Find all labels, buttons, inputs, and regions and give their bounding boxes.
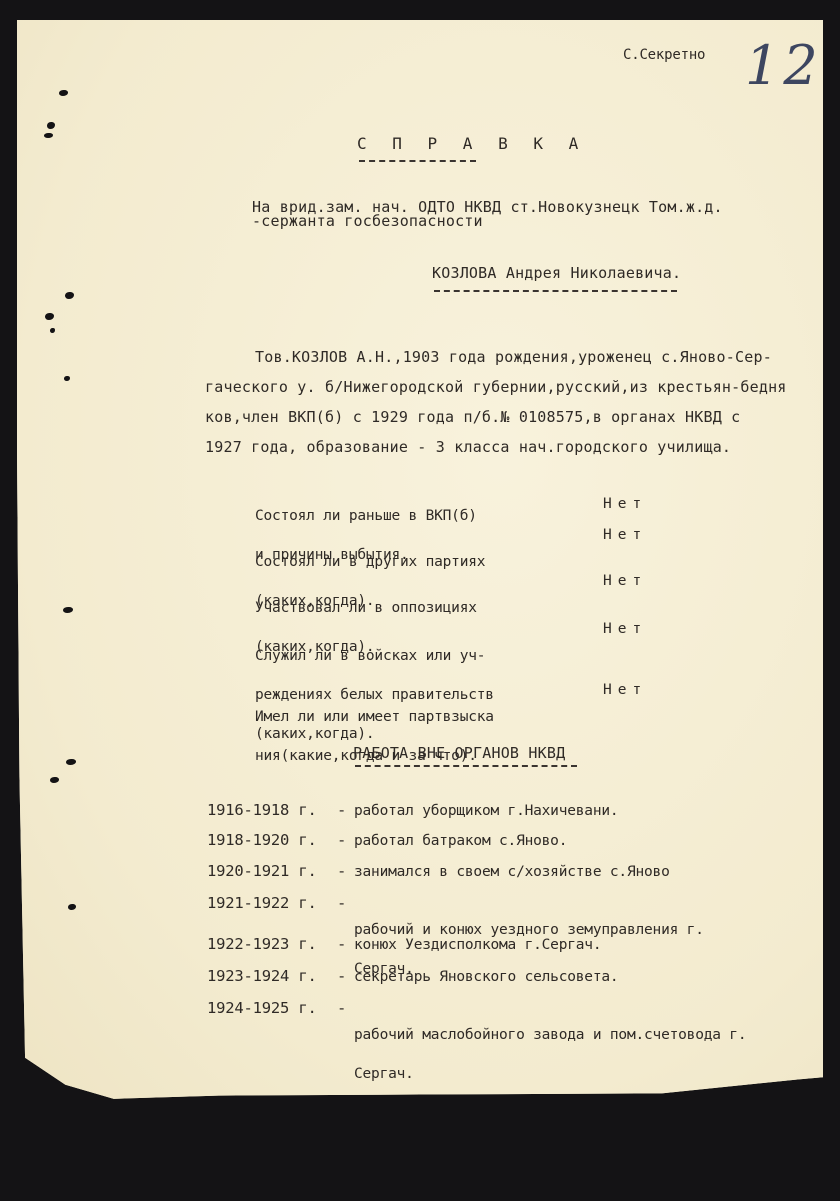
answer-2: Нет [603, 528, 647, 543]
work-period: 1922-1923 г. [207, 937, 317, 952]
work-dash: - [337, 896, 346, 911]
question-text: Имел ли или имеет партвзыска [255, 711, 494, 724]
work-description: занимался в своем с/хозяйстве с.Яново [354, 866, 670, 879]
work-description: работал уборщиком г.Нахичевани. [354, 805, 618, 818]
binding-hole [38, 1089, 46, 1095]
bio-line-1: Тов.КОЗЛОВ А.Н.,1903 года рождения,уроже… [255, 350, 772, 365]
work-description: конюх Уездисполкома г.Сергач. [354, 939, 601, 952]
work-section-underline [355, 765, 577, 767]
work-description-line: рабочий маслобойного завода и пом.счетов… [354, 1029, 746, 1042]
work-description: секретарь Яновского сельсовета. [354, 971, 618, 984]
work-description: рабочий маслобойного завода и пом.счетов… [354, 1003, 746, 1107]
work-period: 1916-1918 г. [207, 803, 317, 818]
page-title: С П Р А В К А [357, 136, 586, 151]
work-dash: - [337, 937, 346, 952]
binding-hole [63, 607, 73, 613]
classification-label: С.Секретно [623, 48, 705, 63]
folio-number: 12 [745, 34, 822, 97]
binding-hole [66, 759, 76, 765]
work-period: 1923-1924 г. [207, 969, 317, 984]
work-period: 1924-1925 г. [207, 1001, 317, 1016]
binding-hole [47, 122, 55, 129]
question-text: Служил ли в войсках или уч- [255, 650, 494, 663]
work-dash: - [337, 864, 346, 879]
binding-hole [65, 292, 74, 299]
answer-3: Нет [603, 574, 647, 589]
work-dash: - [337, 1001, 346, 1016]
binding-hole [64, 376, 70, 381]
question-5: Имел ли или имеет партвзыска ния(какие,к… [255, 685, 494, 789]
work-dash: - [337, 803, 346, 818]
binding-hole [45, 313, 54, 320]
question-text: Состоял ли раньше в ВКП(б) [255, 510, 477, 523]
work-period: 1921-1922 г. [207, 896, 317, 911]
bio-line-3: ков,член ВКП(б) с 1929 года п/б.№ 010857… [205, 410, 740, 425]
work-period: 1920-1921 г. [207, 864, 317, 879]
bio-line-4: 1927 года, образование - 3 класса нач.го… [205, 440, 731, 455]
binding-hole [50, 328, 55, 333]
binding-hole [68, 904, 76, 910]
binding-hole [50, 777, 59, 783]
title-underline [359, 160, 476, 162]
subject-name-underline [434, 290, 677, 292]
work-description-line: Сергач. [354, 1068, 746, 1081]
answer-5: Нет [603, 683, 647, 698]
work-period: 1918-1920 г. [207, 833, 317, 848]
subject-name: КОЗЛОВА Андрея Николаевича. [432, 266, 681, 281]
answer-1: Нет [603, 497, 647, 512]
work-dash: - [337, 969, 346, 984]
document-page: С.Секретно 12 С П Р А В К А На врид.зам.… [17, 20, 823, 1101]
work-description-line: рабочий и конюх уездного земуправления г… [354, 924, 704, 937]
work-description: работал батраком с.Яново. [354, 835, 567, 848]
question-text: Состоял ли в других партиях [255, 556, 485, 569]
work-dash: - [337, 833, 346, 848]
answer-4: Нет [603, 622, 647, 637]
work-section-title: РАБОТА ВНЕ ОРГАНОВ НКВД [353, 746, 565, 761]
addressee-line-2: -сержанта госбезопасности [252, 214, 483, 229]
question-text: Участвовал ли в оппозициях [255, 602, 477, 615]
binding-hole [59, 90, 68, 96]
binding-hole [44, 133, 53, 138]
bio-line-2: гачеcкого у. б/Нижегородской губернии,ру… [205, 380, 787, 395]
